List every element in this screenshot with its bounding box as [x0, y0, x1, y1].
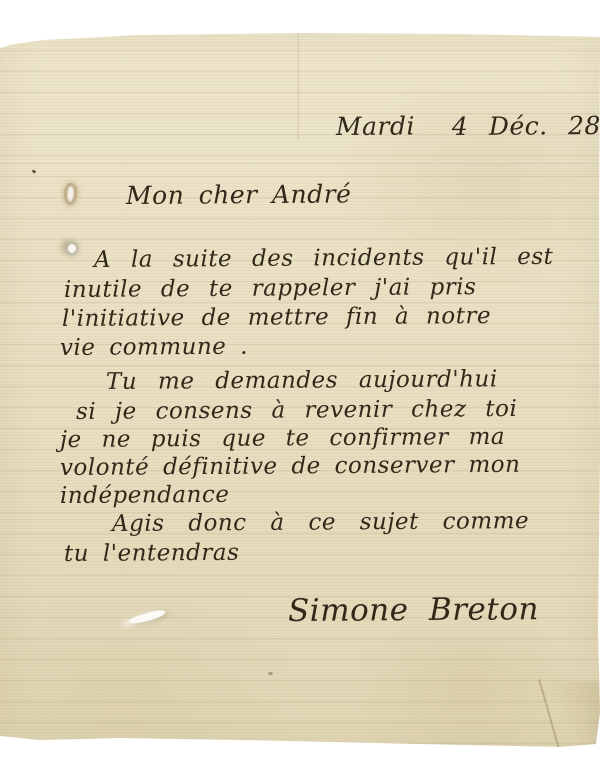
letter-paper: Mardi 4 Déc. 28 Mon cher André A la suit… [0, 30, 600, 752]
scan-background: Mardi 4 Déc. 28 Mon cher André A la suit… [0, 0, 600, 782]
handwritten-line: si je consens à revenir chez toi [76, 396, 517, 425]
signature: Simone Breton [288, 591, 539, 629]
date-value: 4 Déc. 28 [452, 111, 600, 141]
scuff-mark [128, 609, 167, 626]
handwritten-line: je ne puis que te confirmer ma [60, 424, 505, 453]
handwritten-line: tu l'entendras [64, 540, 240, 567]
handwritten-line: Agis donc à ce sujet comme [112, 508, 529, 537]
handwritten-line: vie commune . [60, 334, 248, 361]
corner-fold-shade [545, 682, 600, 752]
handwritten-line: volonté définitive de conserver mon [60, 452, 521, 481]
handwritten-line: l'initiative de mettre fin à notre [62, 303, 491, 332]
handwritten-line: indépendance [60, 482, 230, 509]
pin-hole-bottom [66, 242, 78, 255]
handwritten-line: inutile de te rappeler j'ai pris [64, 274, 477, 303]
salutation: Mon cher André [126, 179, 352, 210]
date-weekday: Mardi [336, 111, 415, 141]
handwritten-line: A la suite des incidents qu'il est [94, 244, 554, 273]
handwritten-line: Tu me demandes aujourd'hui [106, 366, 498, 395]
pin-hole-top [63, 183, 78, 206]
paper-speck [32, 169, 37, 174]
paper-speck [268, 672, 273, 675]
horizontal-fold-crease-upper [0, 161, 600, 164]
vertical-fold-crease [297, 30, 300, 140]
